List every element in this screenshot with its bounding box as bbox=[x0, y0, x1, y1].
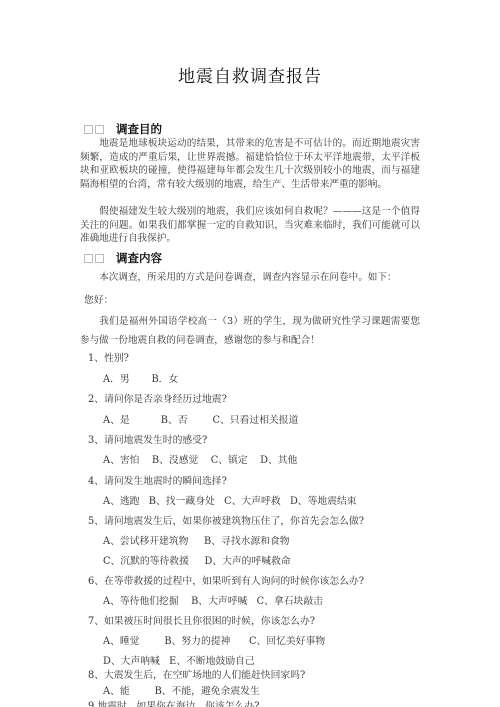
question-2: 2、请问你是否亲身经历过地震? bbox=[88, 391, 227, 405]
question-5-options-2: C、沉默的等待救援 D、大声的呼喊救命 bbox=[103, 553, 291, 567]
question-1-options: A．男 B．女 bbox=[103, 371, 178, 385]
question-7-options-2: D、大声呐喊 E、不断地鼓励自己 bbox=[103, 653, 255, 667]
purpose-paragraph-2: 假使福建发生较大级别的地震，我们应该如何自救呢？———这是一个值得关注的问题。如… bbox=[80, 205, 420, 246]
question-6: 6、在等带救援的过程中，如果听到有人询问的时候你该怎么办? bbox=[88, 573, 364, 587]
question-8: 8、大震发生后，在空旷场地的人们能赶快回家吗? bbox=[88, 667, 305, 681]
placeholder-box-icon bbox=[84, 254, 104, 263]
question-4-options: A、逃跑 B、找一藏身处 C、大声呼救 D、等地震结束 bbox=[103, 493, 357, 507]
question-7-options-1: A、睡觉 B、努力的提神 C、回忆美好事物 bbox=[103, 633, 325, 647]
question-2-options: A、是 B、否 C、只看过相关报道 bbox=[103, 412, 298, 426]
survey-intro: 本次调查，所采用的方式是问卷调查，调查内容显示在问卷中。如下： bbox=[80, 271, 420, 285]
question-5: 5、请问地震发生后，如果你被建筑物压住了，你首先会怎么做? bbox=[88, 513, 364, 527]
question-4: 4、请问发生地震时的瞬间选择? bbox=[88, 473, 227, 487]
question-7: 7、如果被压时间很长且你很困的时候，你该怎么办? bbox=[88, 613, 315, 627]
section-heading-purpose: 调查目的 bbox=[84, 121, 162, 137]
survey-letter: 我们是福州外国语学校高一（3）班的学生，现为做研究性学习课题需要您参与做一份地震… bbox=[80, 312, 420, 350]
document-title: 地震自救调查报告 bbox=[0, 62, 500, 87]
placeholder-box-icon bbox=[84, 125, 104, 134]
question-9: 9.地震时，如果你在海边，你该怎么办? bbox=[88, 698, 259, 707]
question-8-options: A、能 B、不能，避免余震发生 bbox=[103, 683, 260, 697]
section-heading-content: 调查内容 bbox=[84, 250, 162, 266]
question-5-options-1: A、尝试移开建筑物 B、寻找水源和食物 bbox=[103, 533, 290, 547]
survey-greeting: 您好： bbox=[84, 292, 113, 306]
document-page: 地震自救调查报告 调查目的 地震是地球板块运动的结果，其带来的危害是不可估计的。… bbox=[0, 0, 500, 707]
question-1: 1、性别? bbox=[88, 350, 129, 364]
section-heading-text: 调查目的 bbox=[116, 121, 162, 137]
purpose-paragraph-1: 地震是地球板块运动的结果，其带来的危害是不可估计的。而近期地震灾害频繁，造成的严… bbox=[80, 137, 420, 191]
question-3: 3、请问地震发生时的感受? bbox=[88, 432, 207, 446]
question-3-options: A、害怕 B、没感觉 C、镇定 D、其他 bbox=[103, 452, 297, 466]
section-heading-text: 调查内容 bbox=[116, 250, 162, 266]
question-6-options: A、等待他们挖掘 B、大声呼喊 C、拿石块敲击 bbox=[103, 593, 323, 607]
